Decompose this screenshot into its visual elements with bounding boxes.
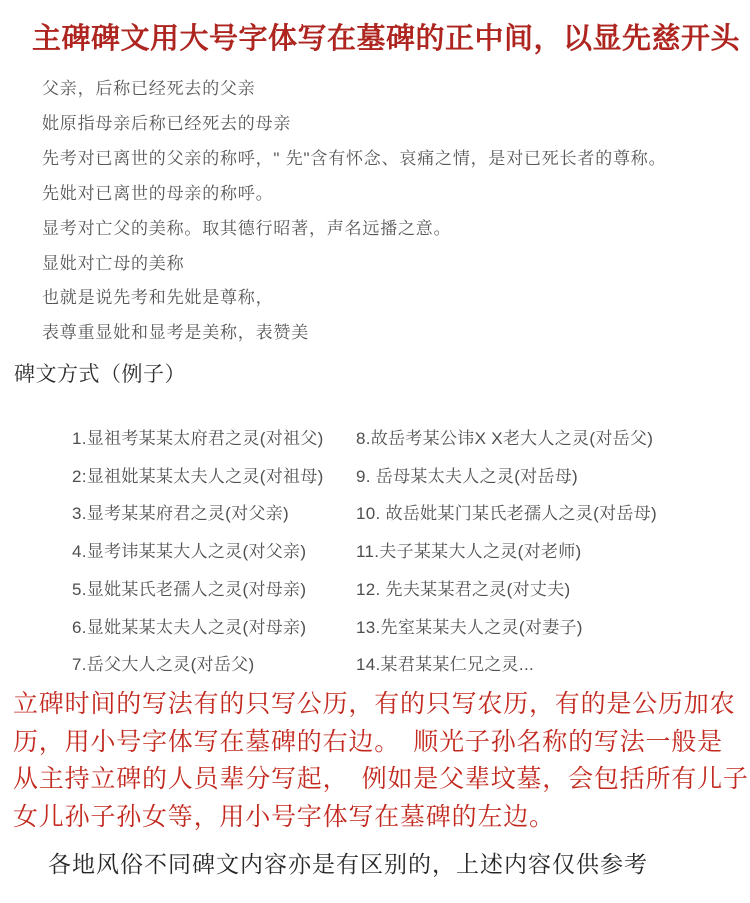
example-item: 2:显祖妣某某太夫人之灵(对祖母) <box>72 458 324 496</box>
examples-column-left: 1.显祖考某某太府君之灵(对祖父) 2:显祖妣某某太夫人之灵(对祖母) 3.显考… <box>72 420 324 684</box>
example-item: 12. 先夫某某君之灵(对丈夫) <box>356 571 657 609</box>
definition-line: 显妣对亡母的美称 <box>42 247 666 282</box>
example-item: 5.显妣某氏老孺人之灵(对母亲) <box>72 571 324 609</box>
notes-paragraph: 立碑时间的写法有的只写公历，有的只写农历，有的是公历加农 历，用小号字体写在墓碑… <box>13 686 750 837</box>
definition-line: 先考对已离世的父亲的称呼，" 先"含有怀念、哀痛之情，是对已死长者的尊称。 <box>42 142 666 177</box>
definition-line: 显考对亡父的美称。取其德行昭著，声名远播之意。 <box>42 212 666 247</box>
example-item: 8.故岳考某公讳X X老大人之灵(对岳父) <box>356 420 657 458</box>
example-item: 1.显祖考某某太府君之灵(对祖父) <box>72 420 324 458</box>
examples-heading: 碑文方式（例子） <box>14 358 186 388</box>
example-item: 14.某君某某仁兄之灵... <box>356 646 657 684</box>
examples-column-right: 8.故岳考某公讳X X老大人之灵(对岳父) 9. 岳母某太夫人之灵(对岳母) 1… <box>356 420 657 684</box>
example-item: 4.显考讳某某大人之灵(对父亲) <box>72 533 324 571</box>
example-item: 3.显考某某府君之灵(对父亲) <box>72 495 324 533</box>
note-line: 女儿孙子孙女等，用小号字体写在墓碑的左边。 <box>13 799 750 837</box>
definitions-section: 父亲，后称已经死去的父亲 妣原指母亲后称已经死去的母亲 先考对已离世的父亲的称呼… <box>42 72 666 351</box>
note-line: 从主持立碑的人员辈分写起， 例如是父辈坟墓，会包括所有儿子 <box>13 761 750 799</box>
definition-line: 先妣对已离世的母亲的称呼。 <box>42 177 666 212</box>
example-item: 6.显妣某某太夫人之灵(对母亲) <box>72 609 324 647</box>
definition-line: 表尊重显妣和显考是美称，表赞美 <box>42 316 666 351</box>
example-item: 7.岳父大人之灵(对岳父) <box>72 646 324 684</box>
article-page: 主碑碑文用大号字体写在墓碑的正中间，以显先慈开头 父亲，后称已经死去的父亲 妣原… <box>0 0 750 903</box>
disclaimer-text: 各地风俗不同碑文内容亦是有区别的，上述内容仅供参考 <box>48 846 648 879</box>
definition-line: 妣原指母亲后称已经死去的母亲 <box>42 107 666 142</box>
page-title: 主碑碑文用大号字体写在墓碑的正中间，以显先慈开头 <box>32 16 740 57</box>
example-item: 9. 岳母某太夫人之灵(对岳母) <box>356 458 657 496</box>
example-item: 13.先室某某夫人之灵(对妻子) <box>356 609 657 647</box>
example-item: 10. 故岳妣某门某氏老孺人之灵(对岳母) <box>356 495 657 533</box>
definition-line: 父亲，后称已经死去的父亲 <box>42 72 666 107</box>
example-item: 11.夫子某某大人之灵(对老师) <box>356 533 657 571</box>
definition-line: 也就是说先考和先妣是尊称， <box>42 281 666 316</box>
note-line: 立碑时间的写法有的只写公历，有的只写农历，有的是公历加农 <box>13 686 750 724</box>
note-line: 历，用小号字体写在墓碑的右边。 顺光子孙名称的写法一般是 <box>13 724 750 762</box>
